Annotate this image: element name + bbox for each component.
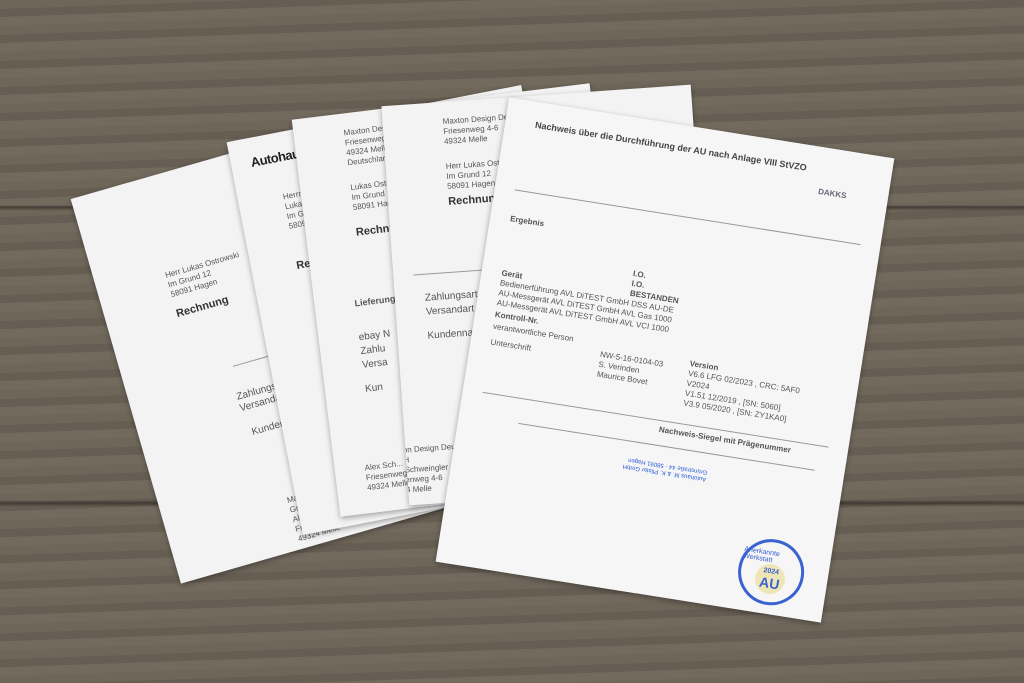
field-shipping: Versandart [426, 304, 475, 317]
au-certificate-document: Nachweis über die Durchführung der AU na… [436, 97, 895, 622]
field-ebay: ebay N [358, 329, 391, 343]
field-delivery: Lieferung [354, 294, 396, 309]
recipient-address: Herr Lukas Ostrowski Im Grund 12 58091 H… [164, 250, 246, 300]
document-heading: Rechnung [175, 295, 229, 319]
au-workshop-seal-icon: Anerkannte Werkstatt 2024 AU [733, 534, 809, 610]
seal-code: AU [758, 573, 780, 592]
signature-label: Unterschrift [490, 338, 532, 354]
field-payment: Zahlungsart [425, 290, 478, 304]
dakks-logo: DAKKS [817, 187, 847, 201]
dealer-stamp: Autohaus M. & K. Pfister GmbH Grünstraße… [622, 455, 708, 482]
results-label: Ergebnis [509, 214, 544, 229]
seal-center: 2024 AU [753, 562, 787, 596]
field-shipping: Versa [362, 358, 389, 371]
field-message: Kun [365, 383, 384, 395]
field-payment: Zahlu [360, 344, 386, 357]
